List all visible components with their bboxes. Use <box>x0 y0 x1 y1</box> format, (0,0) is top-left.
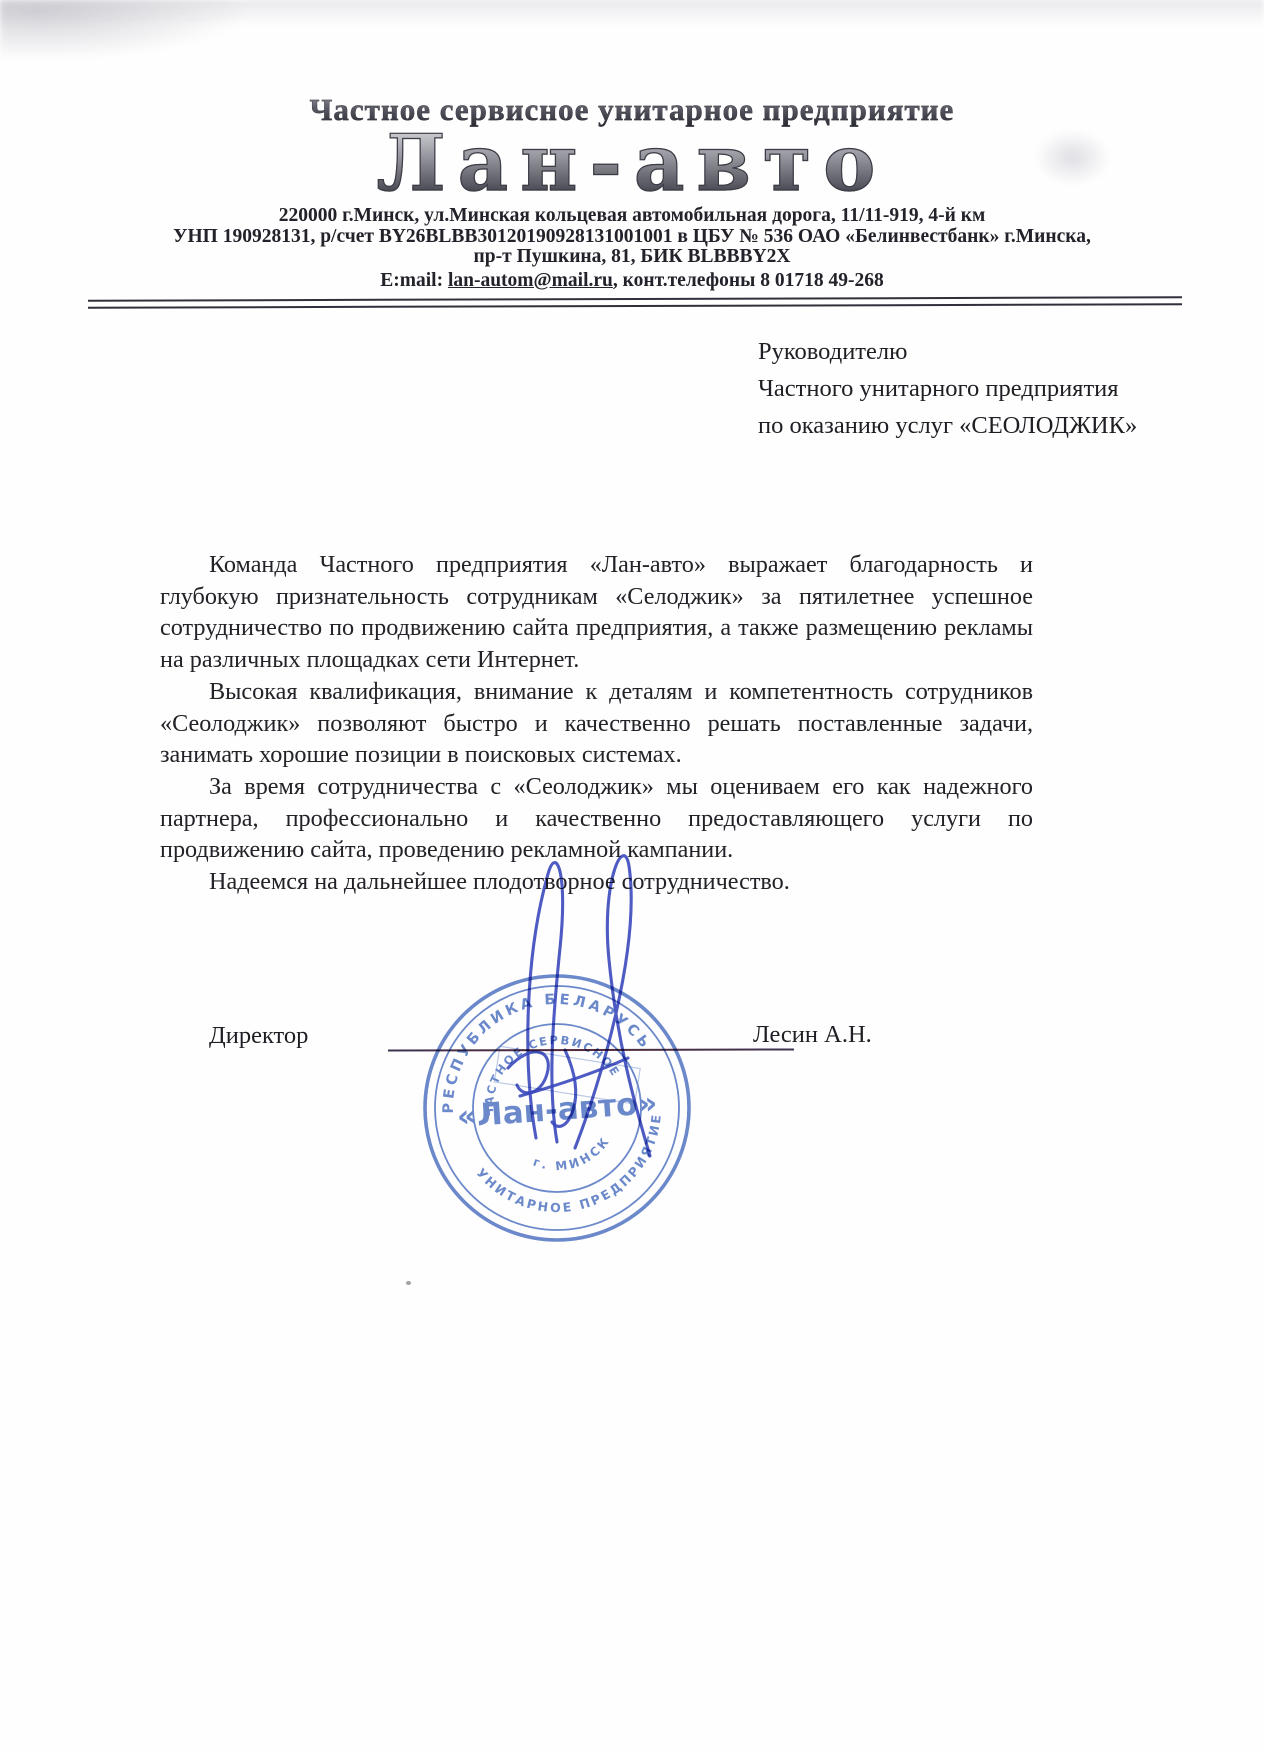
director-name: Лесин А.Н. <box>753 1021 872 1049</box>
letter-paragraph-2: Высокая квалификация, внимание к деталям… <box>160 676 1033 771</box>
recipient-block: Руководителю Частного унитарного предпри… <box>758 334 1137 444</box>
director-title: Директор <box>209 1022 308 1050</box>
email-address: lan-autom@mail.ru <box>448 270 613 291</box>
recipient-title: Руководителю <box>758 334 1137 371</box>
recipient-org: Частного унитарного предприятия <box>758 371 1137 408</box>
recipient-org-name: по оказанию услуг «СЕОЛОДЖИК» <box>758 408 1137 445</box>
email-label: E:mail: <box>380 270 448 291</box>
letter-page: Частное сервисное унитарное предприятие … <box>0 0 1264 1752</box>
scan-dot-artifact <box>406 1281 411 1285</box>
company-logo: Лан-авто <box>0 124 1264 204</box>
header-divider <box>88 296 1182 308</box>
contact-phones: , конт.телефоны 8 01718 49-268 <box>613 270 884 291</box>
address-line-1: 220000 г.Минск, ул.Минская кольцевая авт… <box>0 206 1264 227</box>
email-line: E:mail: lan-autom@mail.ru, конт.телефоны… <box>0 271 1264 292</box>
handwritten-signature <box>478 836 688 1166</box>
address-block: 220000 г.Минск, ул.Минская кольцевая авт… <box>0 206 1264 291</box>
letterhead: Частное сервисное унитарное предприятие … <box>0 0 1264 291</box>
address-line-2: УНП 190928131, р/счет BY26BLBB3012019092… <box>0 227 1264 248</box>
address-line-3: пр-т Пушкина, 81, БИК BLBBBY2X <box>0 247 1264 268</box>
letter-paragraph-1: Команда Частного предприятия «Лан-авто» … <box>160 549 1033 676</box>
